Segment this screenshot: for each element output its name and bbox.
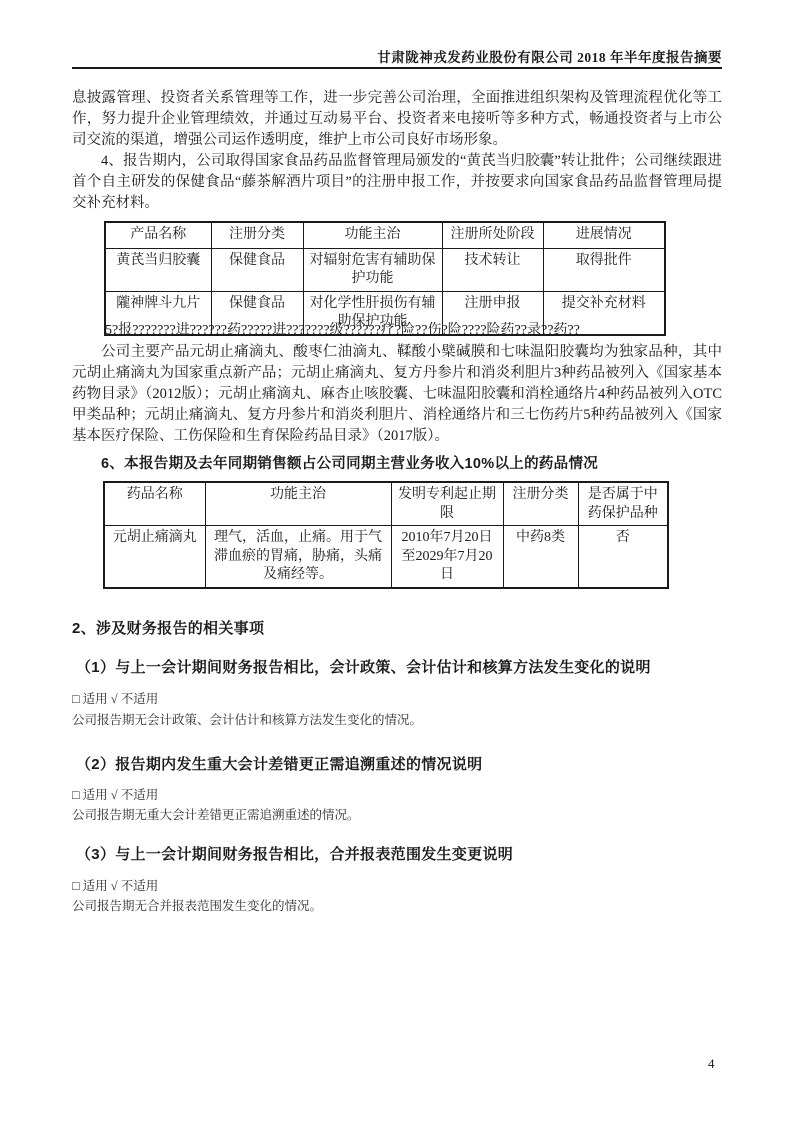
table-cell: 否 (578, 526, 668, 588)
table-row: 黄芪当归胶囊 保健食品 对辐射危害有辅助保护功能 技术转让 取得批件 (105, 248, 665, 291)
column-header: 注册分类 (503, 482, 578, 526)
column-header: 注册分类 (211, 222, 303, 248)
column-header: 药品名称 (104, 482, 205, 526)
column-header: 是否属于中药保护品种 (578, 482, 668, 526)
applicability-line: □ 适用 √ 不适用 (72, 877, 722, 895)
table-cell: 技术转让 (442, 248, 543, 291)
page-number: 4 (708, 1056, 715, 1072)
section-2-title: 2、涉及财务报告的相关事项 (72, 617, 732, 638)
running-header: 甘肃陇神戎发药业股份有限公司 2018 年半年度报告摘要 (72, 46, 722, 66)
table-cell: 黄芪当归胶囊 (105, 248, 211, 291)
table-header-row: 产品名称 注册分类 功能主治 注册所处阶段 进展情况 (105, 222, 665, 248)
column-header: 产品名称 (105, 222, 211, 248)
table-cell: 保健食品 (211, 248, 303, 291)
applicability-line: □ 适用 √ 不适用 (72, 786, 722, 804)
table-cell: 中药8类 (503, 526, 578, 588)
column-header: 功能主治 (205, 482, 391, 526)
section-2-2-note: 公司报告期无重大会计差错更正需追溯重述的情况。 (72, 806, 722, 824)
paragraph-continuation: 息披露管理、投资者关系管理等工作，进一步完善公司治理，全面推进组织架构及管理流程… (72, 88, 722, 151)
table-cell: 理气，活血，止痛。用于气滞血瘀的胃痛，胁痛，头痛及痛经等。 (205, 526, 391, 588)
section-2-1-title: （1）与上一会计期间财务报告相比，会计政策、会计估计和核算方法发生变化的说明 (76, 656, 736, 677)
paragraph-main-products: 公司主要产品元胡止痛滴丸、酸枣仁油滴丸、鞣酸小檗碱膜和七味温阳胶囊均为独家品种，… (72, 342, 722, 447)
column-header: 发明专利起止期限 (391, 482, 503, 526)
table-row: 元胡止痛滴丸 理气，活血，止痛。用于气滞血瘀的胃痛，胁痛，头痛及痛经等。 201… (104, 526, 668, 588)
section-2-3-note: 公司报告期无合并报表范围发生变化的情况。 (72, 897, 722, 915)
section-2-1-note: 公司报告期无会计政策、会计估计和核算方法发生变化的情况。 (72, 711, 722, 729)
column-header: 进展情况 (543, 222, 665, 248)
paragraph-item-4: 4、报告期内，公司取得国家食品药品监督管理局颁发的“黄芪当归胶囊”转让批件；公司… (72, 151, 722, 214)
header-rule (72, 67, 722, 69)
table-cell: 元胡止痛滴丸 (104, 526, 205, 588)
section-2-2-title: （2）报告期内发生重大会计差错更正需追溯重述的情况说明 (76, 753, 736, 774)
product-registration-table: 产品名称 注册分类 功能主治 注册所处阶段 进展情况 黄芪当归胶囊 保健食品 对… (104, 221, 666, 336)
column-header: 功能主治 (303, 222, 442, 248)
heading-item-6: 6、本报告期及去年同期销售额占公司同期主营业务收入10%以上的药品情况 (72, 452, 722, 473)
table-cell: 取得批件 (543, 248, 665, 291)
section-2-3-title: （3）与上一会计期间财务报告相比，合并报表范围发生变更说明 (76, 843, 736, 864)
applicability-line: □ 适用 √ 不适用 (72, 690, 722, 708)
paragraph-item-5-garbled: 5?报???????进??????药?????进???????级??????疗?… (105, 321, 705, 340)
drug-sales-table: 药品名称 功能主治 发明专利起止期限 注册分类 是否属于中药保护品种 元胡止痛滴… (103, 481, 669, 589)
table-header-row: 药品名称 功能主治 发明专利起止期限 注册分类 是否属于中药保护品种 (104, 482, 668, 526)
table-cell: 对辐射危害有辅助保护功能 (303, 248, 442, 291)
report-page: 甘肃陇神戎发药业股份有限公司 2018 年半年度报告摘要 息披露管理、投资者关系… (0, 0, 793, 1122)
table-cell: 2010年7月20日至2029年7月20日 (391, 526, 503, 588)
column-header: 注册所处阶段 (442, 222, 543, 248)
